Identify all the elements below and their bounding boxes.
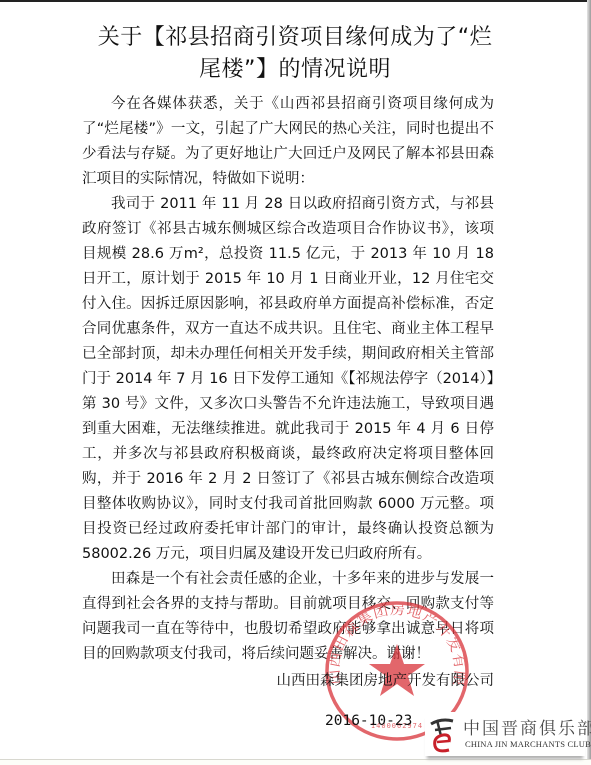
title-line-1: 关于【祁县招商引资项目缘何成为了“烂 (60, 22, 530, 54)
jin-e-logo-icon (427, 714, 461, 754)
watermark-logo: 中国晋商俱乐部 CHINA JIN MARCHANTS CLUB (425, 712, 585, 756)
page-bottom-edge (0, 759, 591, 765)
document-title: 关于【祁县招商引资项目缘何成为了“烂 尾楼”】的情况说明 (60, 22, 530, 86)
logo-chinese-name: 中国晋商俱乐部 (463, 714, 591, 739)
company-signature: 山西田森集团房地产开发有限公司 (277, 669, 495, 694)
logo-english-name: CHINA JIN MARCHANTS CLUB (465, 739, 591, 749)
document-date: 2016-10-23 (325, 713, 412, 729)
document-body: 今在各媒体获悉，关于《山西祁县招商引资项目缘何成为了“烂尾楼”》一文，引起了广大… (82, 92, 494, 667)
paragraph-intro: 今在各媒体获悉，关于《山西祁县招商引资项目缘何成为了“烂尾楼”》一文，引起了广大… (82, 92, 494, 192)
paragraph-history: 我司于 2011 年 11 月 28 日以政府招商引资方式，与祁县政府签订《祁县… (82, 192, 494, 567)
title-line-2: 尾楼”】的情况说明 (60, 54, 530, 86)
page-right-edge (587, 0, 591, 765)
